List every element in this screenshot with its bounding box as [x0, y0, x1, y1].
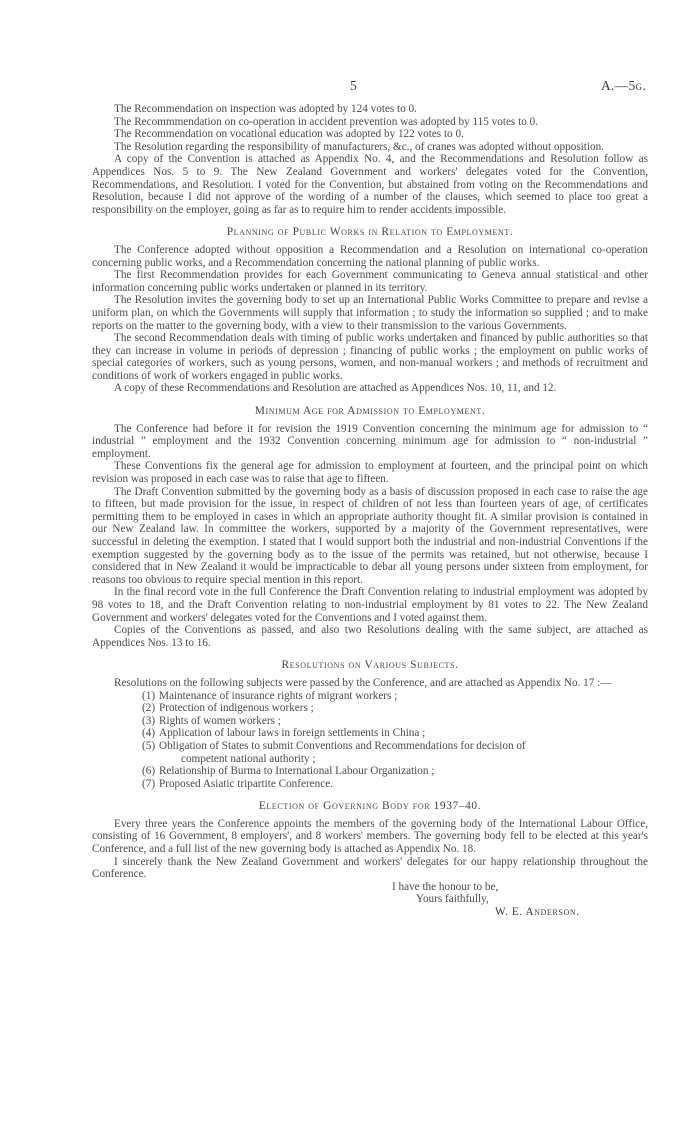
list-item: (4)Application of labour laws in foreign…: [142, 727, 648, 740]
paragraph: I sincerely thank the New Zealand Govern…: [92, 856, 648, 881]
list-item: (2)Protection of indigenous workers ;: [142, 702, 648, 715]
running-header: 5 A.—5g.: [92, 80, 648, 96]
paragraph: The Recommmendation on co-operation in a…: [92, 116, 648, 129]
paragraph: A copy of the Convention is attached as …: [92, 153, 648, 216]
paragraph: The Resolution invites the governing bod…: [92, 294, 648, 332]
paragraph: The Conference had before it for revisio…: [92, 423, 648, 461]
paragraph: The Resolution regarding the responsibil…: [92, 141, 648, 154]
letter-closing: I have the honour to be, Yours faithfull…: [92, 881, 648, 921]
list-item: (5)Obligation of States to submit Conven…: [142, 740, 648, 765]
section-heading: Minimum Age for Admission to Employment.: [92, 405, 648, 418]
paragraph: The second Recommendation deals with tim…: [92, 332, 648, 382]
paragraph: A copy of these Recommendations and Reso…: [92, 382, 648, 395]
paragraph: Resolutions on the following subjects we…: [92, 677, 648, 690]
section-heading: Resolutions on Various Subjects.: [92, 659, 648, 672]
paragraph: The first Recommendation provides for ea…: [92, 269, 648, 294]
section-heading: Planning of Public Works in Relation to …: [92, 226, 648, 239]
section-minimum-age: Minimum Age for Admission to Employment.…: [92, 405, 648, 649]
list-item: (1)Maintenance of insurance rights of mi…: [142, 690, 648, 703]
document-code: A.—5g.: [601, 80, 646, 93]
list-item: (3)Rights of women workers ;: [142, 715, 648, 728]
paragraph: In the final record vote in the full Con…: [92, 586, 648, 624]
paragraph: The Recommendation on inspection was ado…: [92, 103, 648, 116]
paragraph: Copies of the Conventions as passed, and…: [92, 624, 648, 649]
list-item: (7)Proposed Asiatic tripartite Conferenc…: [142, 778, 648, 791]
signature: W. E. Anderson.: [495, 906, 580, 919]
section-governing-body: Election of Governing Body for 1937–40. …: [92, 800, 648, 881]
paragraph: The Draft Convention submitted by the go…: [92, 486, 648, 587]
section-resolutions: Resolutions on Various Subjects. Resolut…: [92, 659, 648, 790]
page-number: 5: [350, 80, 357, 93]
list-item: (6)Relationship of Burma to Internationa…: [142, 765, 648, 778]
paragraph: The Conference adopted without oppositio…: [92, 244, 648, 269]
section-heading: Election of Governing Body for 1937–40.: [92, 800, 648, 813]
resolution-subjects-list: (1)Maintenance of insurance rights of mi…: [92, 690, 648, 791]
paragraph: These Conventions fix the general age fo…: [92, 460, 648, 485]
document-body: The Recommendation on inspection was ado…: [92, 103, 648, 921]
section-public-works: Planning of Public Works in Relation to …: [92, 226, 648, 395]
closing-line: I have the honour to be,: [392, 881, 498, 894]
closing-salutation: Yours faithfully,: [416, 893, 489, 906]
intro-section: The Recommendation on inspection was ado…: [92, 103, 648, 216]
paragraph: The Recommendation on vocational educati…: [92, 128, 648, 141]
paragraph: Every three years the Conference appoint…: [92, 818, 648, 856]
